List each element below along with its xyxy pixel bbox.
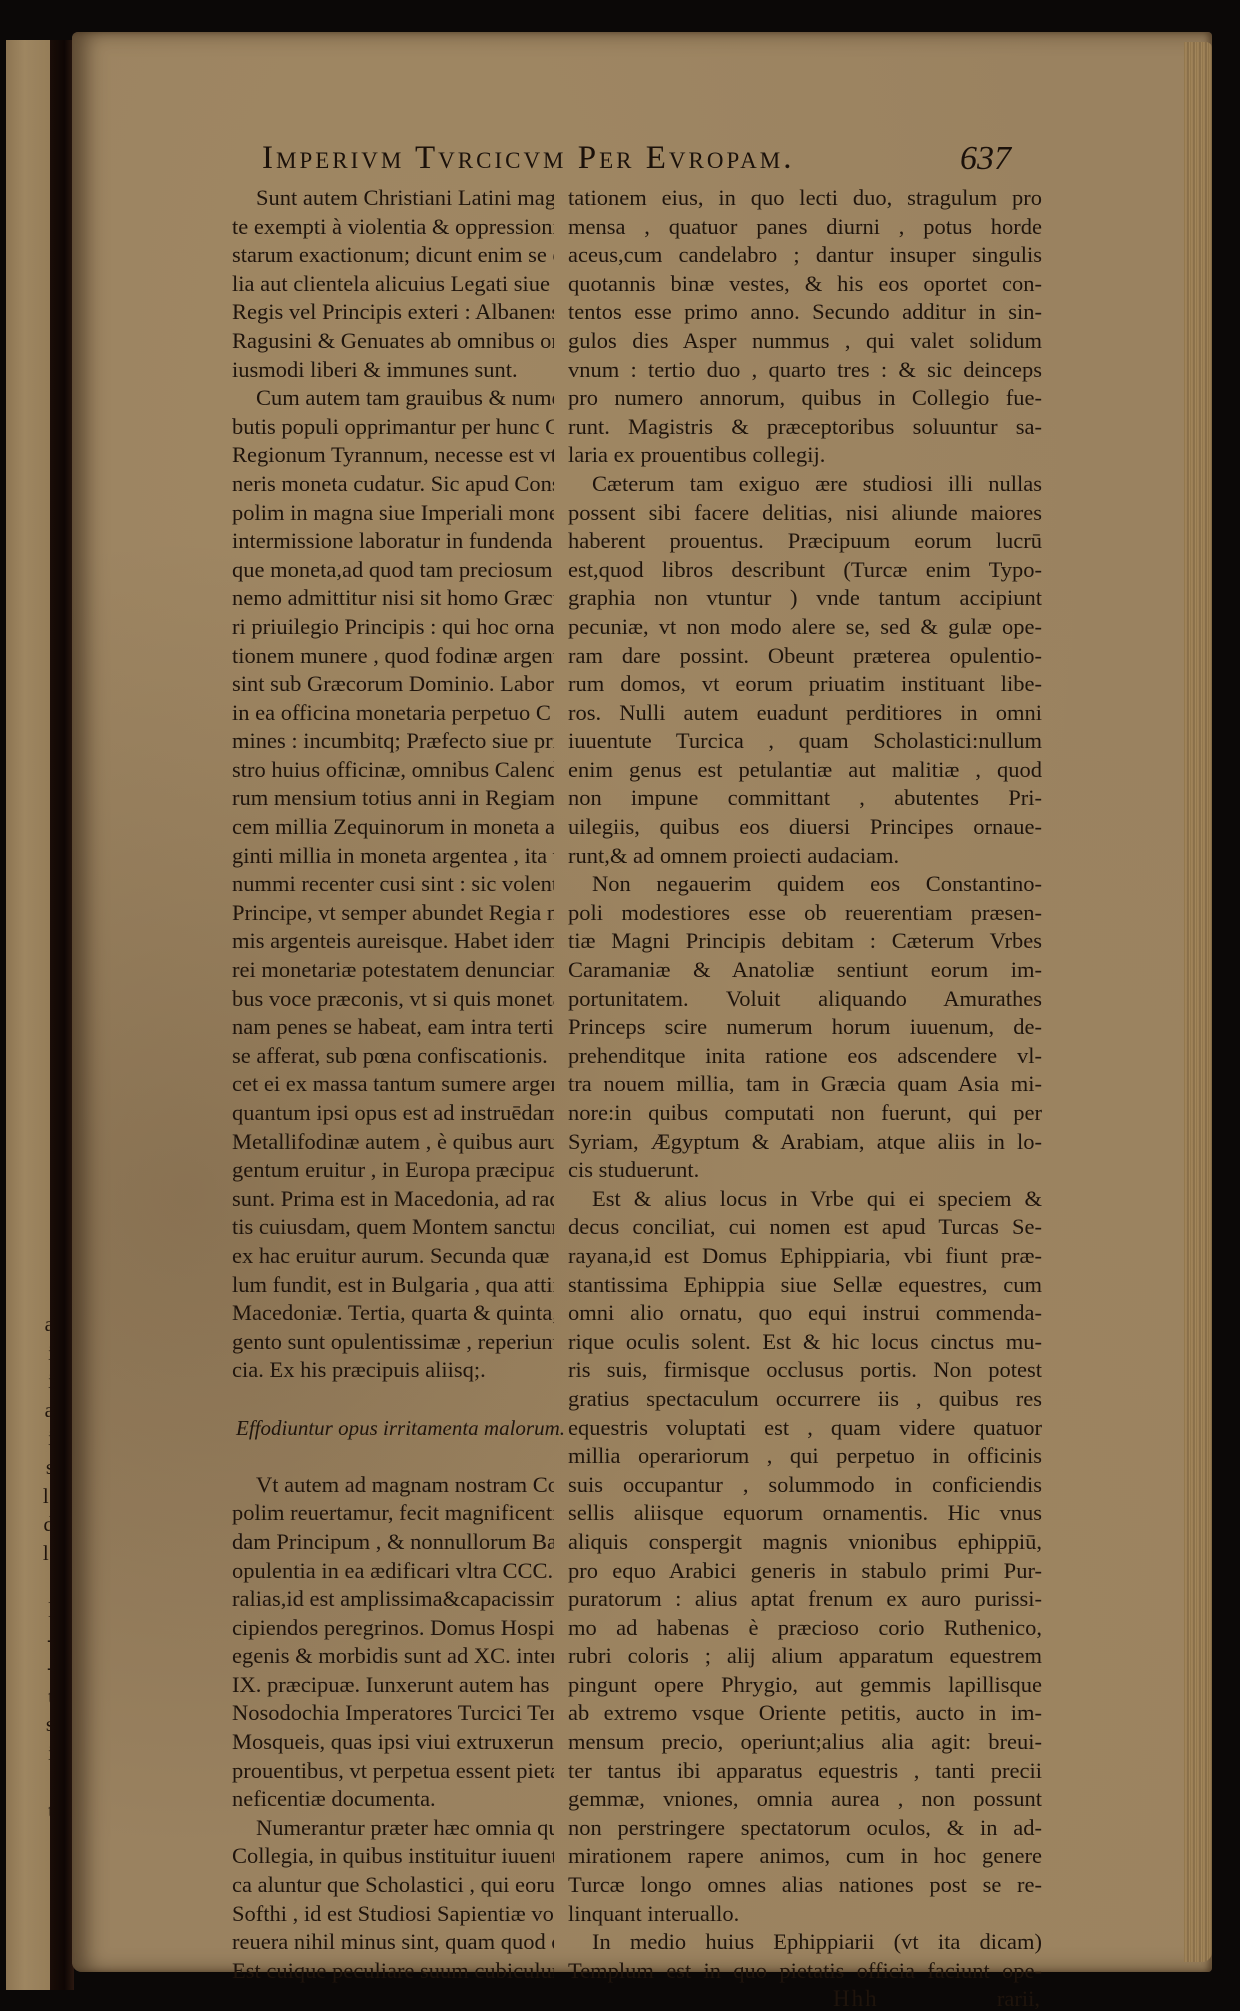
text-line: mensa , quatuor panes diurni , potus hor… [568,213,1042,242]
text-line: neris moneta cudatur. Sic apud Constanti… [232,470,554,499]
text-line: Turcæ longo omnes alias nationes post se… [568,1871,1042,1900]
margin-fragment: t [14,1682,54,1711]
text-line: lum fundit, est in Bulgaria , qua atting… [232,1271,554,1300]
text-line: butis populi opprimantur per hunc Orient… [232,413,554,442]
margin-fragment: a [14,1310,54,1339]
text-line: runt,& ad omnem proiecti audaciam. [568,842,1042,871]
text-line: iuuentute Turcica , quam Scholastici:nul… [568,727,1042,756]
text-line: Metallifodinæ autem , è quibus aurum vel… [232,1128,554,1157]
text-line: gulos dies Asper nummus , qui valet soli… [568,327,1042,356]
text-line: Softhi , id est Studiosi Sapientiæ vocan… [232,1900,554,1929]
text-line: dam Principum , & nonnullorum Bassarum [232,1528,554,1557]
text-line: te exempti à violentia & oppressionibus … [232,213,554,242]
text-line: rum mensium totius anni in Regiam inferr… [232,784,554,813]
text-line: non perstringere spectatorum oculos, & i… [568,1814,1042,1843]
text-line: nummi recenter cusi sint : sic volente M… [232,870,554,899]
text-line: Numerantur præter hæc omnia quinque [232,1814,554,1843]
text-line: ralias,id est amplissima&capacissima loc… [232,1585,554,1614]
text-line: linquant interuallo. [568,1900,1042,1929]
text-line: Templum est in quo pietatis officia faci… [568,1957,1042,1986]
text-line: suis occupantur , solummodo in conficien… [568,1471,1042,1500]
text-line: possent sibi facere delitias, nisi aliun… [568,499,1042,528]
text-line: tis cuiusdam, quem Montem sanctum vocant… [232,1213,554,1242]
page-fore-edge [1184,42,1212,1962]
text-line: rei monetariæ potestatem denunciandi omn… [232,956,554,985]
text-line: ex hac eruitur aurum. Secunda quæ idem M… [232,1242,554,1271]
text-line: cipiendos peregrinos. Domus Hospitales p… [232,1614,554,1643]
text-line: prehenditque inita ratione eos adscender… [568,1042,1042,1071]
text-line: sunt. Prima est in Macedonia, ad radicem… [232,1185,554,1214]
catchword: rarii, [997,1985,1040,2011]
text-line: Nosodochia Imperatores Turcici Templis s… [232,1699,554,1728]
text-line: puratorum : alius aptat frenum ex auro p… [568,1585,1042,1614]
text-line: pro equo Arabici generis in stabulo prim… [568,1557,1042,1586]
text-line: est,quod libros describunt (Turcæ enim T… [568,556,1042,585]
text-line: Non negauerim quidem eos Constantino- [568,870,1042,899]
text-line: tra nouem millia, tam in Græcia quam Asi… [568,1070,1042,1099]
margin-fragment: s [14,1453,54,1482]
text-line: ter tantus ibi apparatus equestris , tan… [568,1757,1042,1786]
margin-fragment: l. [14,1482,54,1511]
text-line: ri priuilegio Principis : qui hoc ornaui… [232,613,554,642]
text-line: rubri coloris ; alij alium apparatum equ… [568,1642,1042,1671]
text-line: Sunt autem Christiani Latini magna ex pa… [232,184,554,213]
text-line: IX. præcipuæ. Iunxerunt autem has domos … [232,1671,554,1700]
text-line: Ragusini & Genuates ab omnibus oneribus … [232,327,554,356]
text-line: quotannis binæ vestes, & his eos oportet… [568,270,1042,299]
text-line: neficentiæ documenta. [232,1785,554,1814]
text-line: Cum autem tam grauibus & numerosis Tri- [232,384,554,413]
text-line: mo ad habenas è præcioso corio Ruthenico… [568,1614,1042,1643]
section-motto: Effodiuntur opus irritamenta malorum. [232,1414,554,1443]
text-line: ginti millia in moneta argentea , ita vt… [232,842,554,871]
text-line: haberent prouentus. Præcipuum eorum lucr… [568,527,1042,556]
text-line: Macedoniæ. Tertia, quarta & quinta, quæ … [232,1299,554,1328]
margin-fragment: d [14,1510,54,1539]
signature-line: Hhhrarii, [568,1985,1042,2011]
margin-fragment [14,1768,54,1797]
text-line: gemmæ, vniones, omnia aurea , non possun… [568,1785,1042,1814]
text-line: nam penes se habeat, eam intra tertium d… [232,1013,554,1042]
facing-page-edge: aiiaisl.dl.l--tsit [6,40,52,1990]
text-line: vnum : tertio duo , quarto tres : & sic … [568,356,1042,385]
text-line: pingunt opere Phrygio, aut gemmis lapill… [568,1671,1042,1700]
text-line: intermissione laboratur in fundenda fēri… [232,527,554,556]
text-line: Caramaniæ & Anatoliæ sentiunt eorum im- [568,956,1042,985]
text-line: equestris voluptati est , quam videre qu… [568,1414,1042,1443]
text-line: stantissima Ephippia siue Sellæ equestre… [568,1271,1042,1300]
text-line: pro numero annorum, quibus in Collegio f… [568,384,1042,413]
text-line: laria ex prouentibus collegij. [568,441,1042,470]
text-line: lia aut clientela alicuius Legati siue O… [232,270,554,299]
margin-fragment: i [14,1424,54,1453]
text-line: uilegiis, quibus eos diuersi Principes o… [568,813,1042,842]
text-line: omni alio ornatu, quo equi instrui comme… [568,1299,1042,1328]
text-line: Regis vel Principis exteri : Albanenses … [232,298,554,327]
text-line: egenis & morbidis sunt ad XC. inter quæ … [232,1642,554,1671]
margin-fragment [14,1567,54,1596]
text-line: mis argenteis aureisque. Habet idem Præf… [232,927,554,956]
spacer [232,1442,554,1471]
text-line: Mosqueis, quas ipsi viui extruxerunt , a… [232,1728,554,1757]
text-line: cia. Ex his præcipuis aliisq;. [232,1356,554,1385]
text-line: ris suis, firmisque occlusus portis. Non… [568,1356,1042,1385]
text-line: In medio huius Ephippiarii (vt ita dicam… [568,1928,1042,1957]
text-line: cis studuerunt. [568,1156,1042,1185]
text-line: se afferat, sub pœna confiscationis. Pos… [232,1042,554,1071]
text-line: quantum ipsi opus est ad instruēdam offi… [232,1099,554,1128]
facing-page-fragments: aiiaisl.dl.l--tsit [14,1310,54,1825]
page-number: 637 [960,140,1011,178]
text-line: opulentia in ea ædificari vltra CCC. Car… [232,1557,554,1586]
text-line: rum domos, vt eorum priuatim instituant … [568,670,1042,699]
text-line: decus conciliat, cui nomen est apud Turc… [568,1213,1042,1242]
text-line: enim genus est petulantiæ aut malitiæ , … [568,756,1042,785]
text-line: nemo admittitur nisi sit homo Græcus, si… [232,584,554,613]
text-line: tentos esse primo anno. Secundo additur … [568,298,1042,327]
text-line: Princeps scire numerum horum iuuenum, de… [568,1013,1042,1042]
text-line: tiæ Magni Principis debitam : Cæterum Vr… [568,927,1042,956]
text-line: portunitatem. Voluit aliquando Amurathes [568,985,1042,1014]
text-line: Cæterum tam exiguo ære studiosi illi nul… [568,470,1042,499]
text-line: iusmodi liberi & immunes sunt. [232,356,554,385]
margin-fragment: i [14,1739,54,1768]
text-line: Est & alius locus in Vrbe qui ei speciem… [568,1185,1042,1214]
margin-fragment: l. [14,1539,54,1568]
text-line: ab extremo vsque Oriente petitis, aucto … [568,1699,1042,1728]
text-line: ram dare possint. Obeunt præterea opulen… [568,642,1042,671]
text-line: mirationem rapere animos, cum in hoc gen… [568,1842,1042,1871]
signature-mark: Hhh [833,1985,879,2011]
margin-fragment: l [14,1596,54,1625]
text-line: gentum eruitur , in Europa præcipuæ quin… [232,1156,554,1185]
text-line: Syriam, Ægyptum & Arabiam, atque aliis i… [568,1128,1042,1157]
text-line: sint sub Græcorum Dominio. Laborant aute… [232,670,554,699]
text-line: nore:in quibus computati non fuerunt, qu… [568,1099,1042,1128]
text-line: ros. Nulli autem euadunt perditiores in … [568,699,1042,728]
text-line: tationem eius, in quo lecti duo, stragul… [568,184,1042,213]
text-line: pecuniæ, vt non modo alere se, sed & gul… [568,613,1042,642]
margin-fragment: s [14,1710,54,1739]
text-line: rique oculis solent. Est & hic locus cin… [568,1328,1042,1357]
text-line: Principe, vt semper abundet Regia nouis … [232,899,554,928]
margin-fragment: a [14,1396,54,1425]
text-line: mines : incumbitq; Præfecto siue primo M… [232,727,554,756]
margin-fragment: - [14,1625,54,1654]
text-line: starum exactionum; dicunt enim se esse e… [232,241,554,270]
text-line: stro huius officinæ, omnibus Calendis si… [232,756,554,785]
text-line: que moneta,ad quod tam preciosum artific… [232,556,554,585]
running-head: Imperivm Tvrcicvm Per Evropam. [262,140,1042,177]
text-line: prouentibus, vt perpetua essent pietatis… [232,1757,554,1786]
text-line: Vt autem ad magnam nostram Constantino- [232,1471,554,1500]
margin-fragment: i [14,1339,54,1368]
text-line: polim in magna siue Imperiali monetaria … [232,499,554,528]
margin-fragment: t [14,1796,54,1825]
text-line: gento sunt opulentissimæ , reperiuntur i… [232,1328,554,1357]
text-line: tionem munere , quod fodinæ argenti & au… [232,642,554,671]
text-line: in ea officina monetaria perpetuo C C C … [232,699,554,728]
text-line: ca aluntur que Scholastici , qui eorum l… [232,1871,554,1900]
margin-fragment: i [14,1367,54,1396]
right-text-column: tationem eius, in quo lecti duo, stragul… [568,184,1042,2011]
text-line: gratius spectaculum occurrere iis , quib… [568,1385,1042,1414]
text-line: cem millia Zequinorum in moneta aurea,& … [232,813,554,842]
text-line: aceus,cum candelabro ; dantur insuper si… [568,241,1042,270]
text-line: rayana,id est Domus Ephippiaria, vbi fiu… [568,1242,1042,1271]
text-line: polim reuertamur, fecit magnificentia qu… [232,1499,554,1528]
left-text-column: Sunt autem Christiani Latini magna ex pa… [232,184,554,1985]
text-line: non impune committant , abutentes Pri- [568,784,1042,813]
text-line: Regionum Tyrannum, necesse est vt omnis … [232,441,554,470]
text-line: sellis aliisque equorum ornamentis. Hic … [568,1499,1042,1528]
text-line: cet ei ex massa tantum sumere argenti au… [232,1070,554,1099]
text-line: mensum precio, operiunt;alius alia agit:… [568,1728,1042,1757]
text-line: bus voce præconis, vt si quis monetam pe… [232,985,554,1014]
margin-fragment: - [14,1653,54,1682]
book-gutter [50,40,74,1990]
text-line: graphia non vtuntur ) vnde tantum accipi… [568,584,1042,613]
text-line: poli modestiores esse ob reuerentiam præ… [568,899,1042,928]
text-line: millia operariorum , qui perpetuo in off… [568,1442,1042,1471]
spacer [232,1385,554,1414]
text-line: runt. Magistris & præceptoribus soluuntu… [568,413,1042,442]
text-line: reuera nihil minus sint, quam quod dicun… [232,1928,554,1957]
text-line: Collegia, in quibus instituitur iuuentus… [232,1842,554,1871]
text-line: Est cuique peculiare suum cubiculum, ad … [232,1957,554,1986]
text-line: aliquis conspergit magnis vnionibus ephi… [568,1528,1042,1557]
